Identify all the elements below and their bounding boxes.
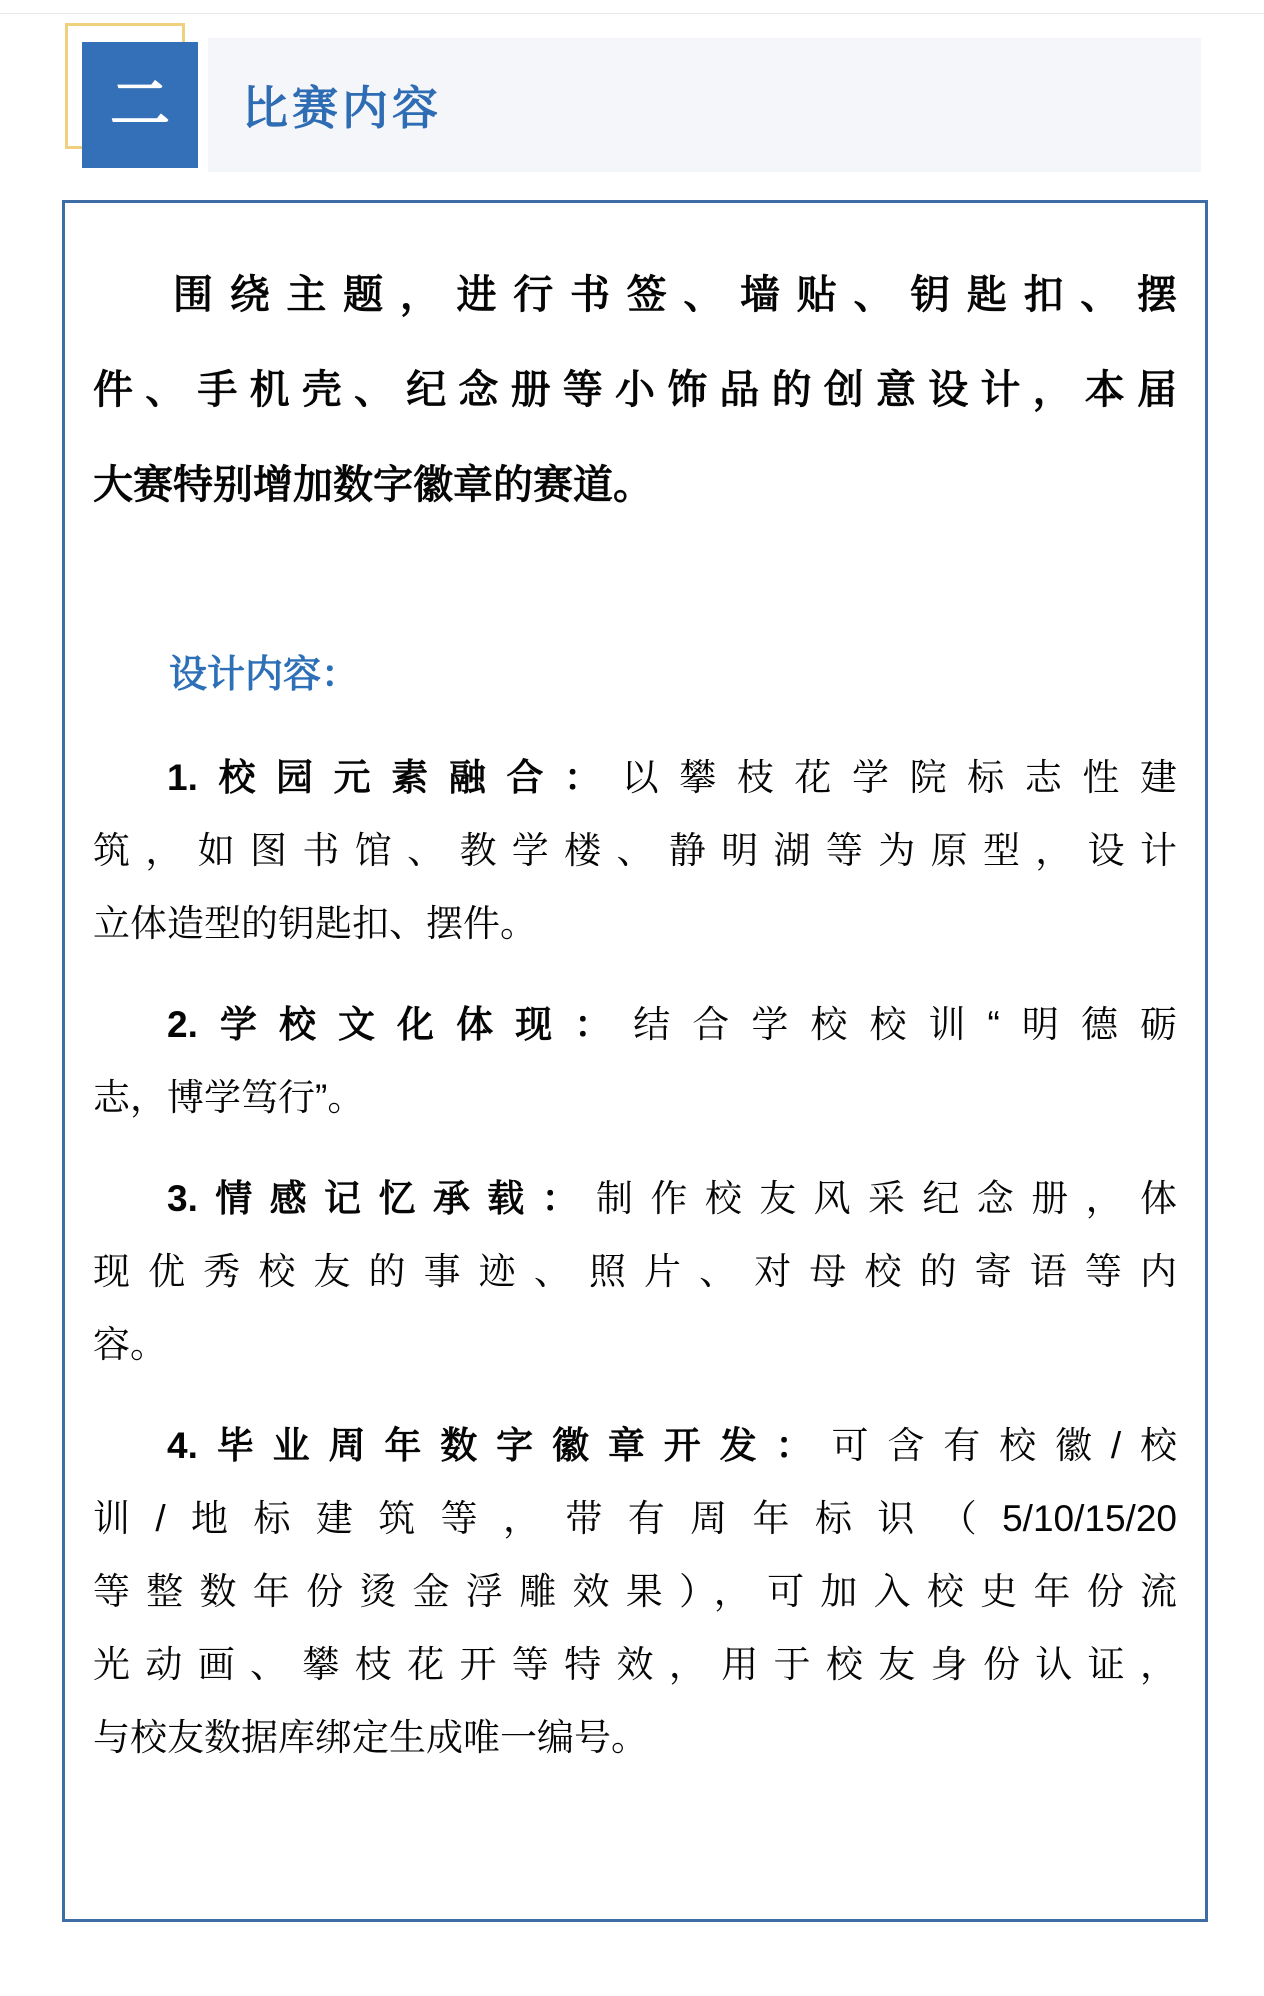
text-line: 件、手机壳、纪念册等小饰品的创意设计，本届	[93, 343, 1177, 438]
text-line: 3.情感记忆承载：制作校友风采纪念册，体	[93, 1162, 1177, 1235]
text-line: 容。	[93, 1308, 1177, 1381]
page-root: { "colors": { "badge-blue": "#3470b7", "…	[0, 0, 1264, 1996]
list-item: 2.学校文化体现：结合学校校训“明德砺志，博学笃行”。	[93, 988, 1177, 1134]
text-line: 立体造型的钥匙扣、摆件。	[93, 887, 1177, 960]
list-item: 1.校园元素融合：以攀枝花学院标志性建筑，如图书馆、教学楼、静明湖等为原型，设计…	[93, 741, 1177, 960]
section-title: 比赛内容	[208, 72, 442, 138]
text-line: 现优秀校友的事迹、照片、对母校的寄语等内	[93, 1235, 1177, 1308]
item-lead: 4.毕业周年数字徽章开发：	[167, 1425, 831, 1466]
text-line: 1.校园元素融合：以攀枝花学院标志性建	[93, 741, 1177, 814]
design-items: 1.校园元素融合：以攀枝花学院标志性建筑，如图书馆、教学楼、静明湖等为原型，设计…	[93, 741, 1177, 1774]
text-line: 4.毕业周年数字徽章开发：可含有校徽/校	[93, 1409, 1177, 1482]
item-lead: 3.情感记忆承载：	[167, 1178, 596, 1219]
text-line: 大赛特别增加数字徽章的赛道。	[93, 438, 1177, 533]
text-line: 光动画、攀枝花开等特效，用于校友身份认证，	[93, 1628, 1177, 1701]
section-title-strip: 比赛内容	[208, 38, 1201, 172]
list-item: 3.情感记忆承载：制作校友风采纪念册，体现优秀校友的事迹、照片、对母校的寄语等内…	[93, 1162, 1177, 1381]
intro-paragraph: 围绕主题，进行书签、墙贴、钥匙扣、摆件、手机壳、纪念册等小饰品的创意设计，本届大…	[93, 248, 1177, 533]
item-lead: 2.学校文化体现：	[167, 1004, 633, 1045]
text-line: 志，博学笃行”。	[93, 1061, 1177, 1134]
list-item: 4.毕业周年数字徽章开发：可含有校徽/校训/地标建筑等，带有周年标识（5/10/…	[93, 1409, 1177, 1774]
top-divider	[0, 13, 1264, 14]
section-number-glyph: 二	[110, 75, 170, 135]
text-line: 筑，如图书馆、教学楼、静明湖等为原型，设计	[93, 814, 1177, 887]
section-number-badge: 二	[82, 42, 198, 168]
subsection-heading: 设计内容：	[93, 638, 1177, 713]
text-line: 与校友数据库绑定生成唯一编号。	[93, 1701, 1177, 1774]
text-line: 2.学校文化体现：结合学校校训“明德砺	[93, 988, 1177, 1061]
text-line: 等整数年份烫金浮雕效果），可加入校史年份流	[93, 1555, 1177, 1628]
text-line: 围绕主题，进行书签、墙贴、钥匙扣、摆	[93, 248, 1177, 343]
content-box: 围绕主题，进行书签、墙贴、钥匙扣、摆件、手机壳、纪念册等小饰品的创意设计，本届大…	[62, 200, 1208, 1922]
item-lead: 1.校园元素融合：	[167, 757, 622, 798]
text-line: 训/地标建筑等，带有周年标识（5/10/15/20	[93, 1482, 1177, 1555]
